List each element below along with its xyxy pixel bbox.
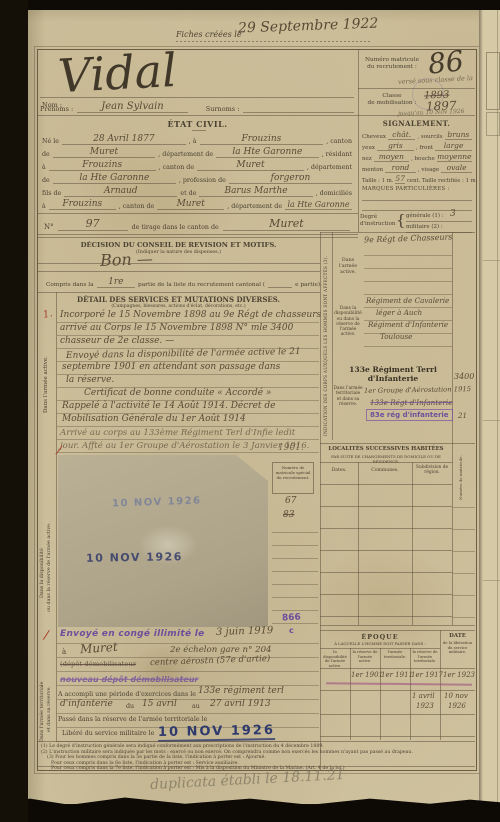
print-segment: de	[42, 177, 50, 184]
corps-dispo-ruled	[364, 295, 452, 349]
service-entry-line: arrivé au Corps le 15 Novembre 1898 N° m…	[60, 323, 293, 333]
service-entry-line: Arrivé au corps au 133ème Régiment Terl …	[60, 428, 295, 438]
etat-civil-line: fils de Arnaud et de Barus Marthe , domi…	[42, 184, 352, 197]
epoque-col3-header: l'armée territoriale.	[381, 650, 409, 659]
hand-segment: ovale	[441, 163, 472, 173]
epoque-revised-date-1b: 1923	[416, 702, 434, 710]
print-segment: de	[42, 151, 50, 158]
hand-segment: la Hte Garonne	[285, 200, 352, 210]
localites-row-line	[320, 616, 452, 617]
double-line-1	[37, 234, 358, 235]
localites-row-line	[320, 506, 452, 507]
stamp-83e-regiment: 83e rég d'infanterie	[366, 409, 453, 421]
conge-lieu: Muret	[80, 640, 119, 657]
etat-civil-line: à Frouzins , canton de Muret , départeme…	[42, 197, 352, 210]
tirage-no-value: 97	[58, 217, 128, 231]
libere-label: Libéré du service militaire le	[62, 730, 154, 737]
libere-date-stamp: 10 NOV 1926	[158, 723, 275, 742]
print-segment: , canton	[326, 138, 352, 145]
print-segment: , département de	[227, 203, 282, 210]
margin-label-disponibilite-1: Dans la disponibilité	[40, 548, 45, 598]
service-entry-line: la réserve.	[66, 375, 114, 385]
localites-row-line	[320, 528, 452, 529]
epoque-value-reserve: 1er 1901	[351, 671, 383, 679]
localites-header-top	[320, 462, 452, 463]
purple-letter: c	[289, 626, 294, 635]
epoque-col4-header: la réserve de l'armée territoriale.	[411, 650, 439, 664]
section-line	[37, 292, 320, 293]
print-segment: , canton de	[119, 203, 154, 210]
service-entry-line: Certificat de bonne conduite « Accordé »	[84, 388, 271, 398]
footnote-top-line	[37, 741, 475, 742]
etat-civil-line: à Frouzins , canton de Muret , départeme…	[42, 158, 352, 171]
conge-date: 3 juin 1919	[216, 625, 274, 638]
surnoms-label: Surnoms :	[206, 105, 240, 113]
etat-civil-line: de Muret , département de la Hte Garonne…	[42, 145, 352, 158]
created-underline	[176, 41, 372, 42]
reserve-territoriale-label: Passé dans la réserve de l'armée territo…	[58, 716, 207, 723]
adjacent-card-rule	[483, 420, 500, 421]
epoque-value-territoriale: 1er 1911	[381, 671, 413, 679]
etat-civil-line: Né le 28 Avril 1877 , à Frouzins , canto…	[42, 132, 352, 145]
print-segment: à	[42, 203, 46, 210]
purple-number: 866	[282, 613, 301, 624]
hand-segment: Muret	[157, 199, 224, 210]
periode-date-1: 15 avril	[142, 699, 177, 709]
corps-active-ruled	[364, 243, 452, 295]
service-entry-line: Mobilisation Générale du 1er Août 1914	[62, 414, 246, 424]
degre-label: Degréd'instruction	[360, 214, 395, 227]
hand-segment: Frouzins	[49, 160, 156, 171]
du-label: du	[126, 703, 134, 710]
periode-date-2: 27 avril 1913	[210, 699, 271, 709]
title-flourish	[192, 130, 206, 131]
print-segment: , profession de	[179, 177, 226, 184]
localites-top-line	[320, 443, 475, 444]
decision-line	[37, 263, 320, 264]
prenoms-label: Prénoms :	[40, 105, 73, 113]
taille-label: Taille : 1 m.	[362, 178, 393, 184]
corps-terr-label: Dans l'armée territoriale et dans sa rés…	[333, 386, 363, 407]
print-segment: à	[42, 164, 46, 171]
prenoms-row: Prénoms : Jean Sylvain Surnoms :	[40, 99, 354, 113]
date-stamp-faded-blue: 10 NOV 1926	[112, 495, 202, 509]
hand-segment: Muret	[197, 160, 304, 171]
rit-133-stamp: 133e Régiment Terrl d'Infanterie	[333, 365, 453, 383]
conge-a-label: à	[62, 648, 66, 656]
hand-segment: Frouzins	[49, 199, 116, 210]
au-label: au	[192, 703, 200, 710]
compris-blank	[268, 287, 292, 288]
hand-segment: Muret	[53, 147, 156, 158]
localites-title: LOCALITÉS SUCCESSIVES HABITÉES	[320, 446, 452, 452]
photo-edge-left	[0, 0, 28, 822]
decision-title: DÉCISION DU CONSEIL DE REVISION ET MOTIF…	[37, 241, 320, 249]
photo-edge-top	[0, 0, 500, 10]
print-segment: , domiciliés	[316, 190, 352, 197]
surnoms-blank	[243, 112, 354, 113]
epoque-value-reserve-terr: 1er 1917	[411, 671, 443, 679]
degre-generale-value: 3	[450, 209, 456, 219]
special-number-box: Numéro de matricule spécial du recruteme…	[272, 462, 314, 494]
services-subtitle: (Campagnes, blessures, actions d'éclat, …	[37, 304, 320, 309]
header-divider	[358, 49, 359, 232]
narrow-col-ruled	[453, 486, 475, 625]
narrow-col-value: 21	[458, 412, 467, 420]
services-title: DÉTAIL DES SERVICES ET MUTATIONS DIVERSE…	[37, 295, 320, 304]
special-number-struck: 83	[283, 510, 294, 520]
compris-row: Compris dans la 1re partie de la liste d…	[46, 275, 322, 288]
localites-bottom-line	[320, 625, 475, 626]
margin-label-territoriale-1: Dans l'armée territoriale	[40, 682, 45, 742]
pasted-grey-slip: 10 NOV 1926 10 NOV 1926	[58, 455, 268, 627]
created-label: Fiches créées le	[176, 30, 242, 39]
hand-segment: large	[435, 141, 472, 151]
epoque-title: ÉPOQUE	[320, 633, 440, 641]
hand-segment: 1re	[97, 277, 135, 288]
signalement-row: nez moyen , bouche moyenne	[362, 151, 472, 162]
epoque-col2-header: la réserve de l'armée active.	[351, 650, 379, 664]
localites-col-subdivision: Subdivision de région.	[412, 465, 452, 475]
epoque-row-line	[320, 714, 475, 715]
prenoms-value: Jean Sylvain	[77, 101, 188, 113]
decision-value: Bon —	[100, 249, 153, 270]
localites-row-line	[320, 550, 452, 551]
degre-brace: {	[396, 211, 406, 229]
footnotes-block: (1) Le degré d'instruction générale sera…	[41, 744, 471, 772]
hand-segment: gris	[377, 141, 414, 151]
degre-generale-label: générale (1) :	[406, 213, 444, 219]
blank-line	[362, 200, 472, 201]
corps-active-label: Dans l'armée active.	[333, 258, 363, 275]
print-segment: e partie).	[295, 282, 322, 288]
epoque-col1-header: la disponibilité de l'armée active.	[321, 650, 349, 668]
periode-label: A accompli une période d'exercices dans …	[58, 691, 196, 698]
corps-strip-vertical-label: INDICATION DES CORPS AUXQUELS LES HOMMES…	[323, 256, 328, 436]
localites-header-bottom	[320, 484, 452, 485]
degre-militaire-label: militaire (2) :	[406, 224, 443, 230]
epoque-divider	[350, 648, 351, 740]
print-segment: , résidant	[322, 151, 352, 158]
etat-civil-line: de la Hte Garonne , profession de forger…	[42, 171, 352, 184]
localites-col-dates: Dates.	[320, 468, 358, 473]
hand-segment: rond	[385, 163, 416, 173]
epoque-revised-date-2b: 1926	[448, 702, 466, 710]
margin-number-red: 1.	[42, 308, 54, 321]
taille-value: 57	[395, 174, 405, 184]
tirage-canton: Muret	[223, 217, 350, 231]
hand-segment: Frouzins	[200, 134, 324, 145]
decision-line	[37, 271, 320, 272]
service-tail-year: 1901.	[278, 443, 304, 453]
hand-segment: bruns	[445, 130, 472, 140]
epoque-divider	[380, 648, 381, 740]
etat-civil-title: ÉTAT CIVIL.	[37, 119, 358, 129]
epoque-revised-date-1a: 1 avril	[412, 692, 435, 700]
nom-value: Vidal	[57, 43, 178, 103]
periode-regiment-2: d'infanterie	[60, 699, 113, 709]
depot-demobilisateur-label: (dépôt démobilisateur	[60, 660, 136, 668]
signalement-row: yeux gris , front large	[362, 140, 472, 151]
service-entry-line: jour. Affté au 1er Groupe d'Aérostation …	[60, 441, 309, 451]
revealed-ruled-strip	[272, 520, 318, 624]
localites-row-line	[320, 572, 452, 573]
taille-row: Taille : 1 m. 57 cent. Taille rectifiée …	[362, 173, 472, 184]
print-segment: Compris dans la	[46, 282, 94, 288]
special-number-label: Numéro de matricule spécial du recruteme…	[273, 463, 313, 480]
special-number-value: 67	[285, 496, 296, 506]
epoque-subtitle: À LAQUELLE L'HOMME DOIT PASSER DANS :	[320, 641, 440, 646]
print-segment: , département	[307, 164, 352, 171]
hand-segment: la Hte Garonne	[216, 147, 319, 158]
epoque-date-subtitle: de la libération du service militaire.	[441, 641, 474, 655]
service-entry-line: septembre 1901 en attendant son passage …	[62, 362, 280, 372]
print-segment: , canton de	[159, 164, 194, 171]
nom-underline	[40, 97, 354, 98]
hand-segment: la Hte Garonne	[53, 173, 176, 184]
hand-segment: forgeron	[229, 173, 352, 184]
margin-label-territoriale-2: et dans sa réserve.	[47, 686, 52, 732]
print-segment: et de	[180, 190, 196, 197]
corps-dispo-label: Dans la disponibilité ou dans la réserve…	[333, 306, 363, 338]
service-entry-line: chasseur de 2e classe. —	[60, 336, 174, 346]
adjacent-card-rule	[483, 260, 500, 261]
signalement-row: menton rond , visage ovale	[362, 162, 472, 173]
epoque-value-liberation: 1er 1923	[443, 671, 475, 679]
margin-label-armee-active: Dans l'armée active.	[43, 356, 49, 413]
hand-segment: Arnaud	[64, 186, 177, 197]
nouveau-depot-stamp: nouveau dépôt démobilisateur	[60, 675, 198, 684]
tirage-row: N° 97 de tirage dans le canton de Muret	[44, 216, 350, 231]
conge-stamp-label: Envoyé en congé illimité le	[60, 629, 205, 639]
corps-terr-entry: 133e Régt d'Infanterie	[370, 398, 452, 407]
hand-segment: moyen	[374, 152, 409, 162]
signalement-title: SIGNALEMENT.	[358, 119, 475, 128]
print-segment: fils de	[42, 190, 61, 197]
epoque-row-line	[320, 668, 475, 669]
card-inner-bottom-line	[37, 766, 475, 767]
tirage-label: de tirage dans le canton de	[132, 224, 219, 231]
localites-divider	[358, 462, 359, 625]
adjacent-card-line	[497, 8, 498, 804]
date-stamp-navy: 10 NOV 1926	[86, 550, 183, 565]
localites-divider	[412, 462, 413, 625]
print-segment: Né le	[42, 138, 59, 145]
epoque-divider	[410, 648, 411, 740]
rit-number: 3400	[454, 372, 474, 381]
classe-label: Classede mobilisation :	[361, 93, 423, 107]
double-line-2	[37, 237, 358, 238]
epoque-row-line	[320, 736, 475, 737]
service-entry-line: Incorporé le 15 Novembre 1898 au 9e Régt…	[60, 310, 321, 320]
periode-regiment-1: 133e régiment terl	[198, 686, 284, 696]
decision-subtitle: (Indiquer la nature des dispenses.)	[37, 250, 320, 255]
epoque-revised-date-2a: 10 nov	[444, 692, 468, 700]
adjacent-card-rule	[483, 580, 500, 581]
hand-segment: moyenne	[437, 152, 472, 162]
print-segment: partie de la liste du recrutement canton…	[138, 282, 265, 288]
margin-label-disponibilite-2: ou dans la réserve de l'armée active.	[47, 523, 52, 613]
localites-row-line	[320, 594, 452, 595]
section-line	[37, 213, 358, 214]
scanned-military-record: Fiches créées le 29 Septembre 1922 Nom :…	[0, 0, 500, 822]
epoque-date-title: DATE	[440, 633, 475, 639]
marques-label: MARQUES PARTICULIÈRES :	[362, 186, 450, 192]
print-segment: , département de	[158, 151, 213, 158]
tirage-no-label: N°	[44, 223, 54, 231]
print-segment: , à	[189, 138, 197, 145]
epoque-top-line	[320, 630, 475, 631]
matricule-label: Numéro matriculedu recrutement :	[361, 57, 423, 71]
hand-segment: 28 Avril 1877	[62, 134, 186, 145]
degre-line	[406, 221, 472, 222]
signalement-row: Cheveux chât. , sourcils bruns	[362, 129, 472, 140]
taille-rect-label: cent. Taille rectifiée : 1 m.	[407, 178, 477, 184]
epoque-row-line	[320, 690, 475, 691]
hand-segment: chât.	[388, 130, 415, 140]
hand-segment: Barus Marthe	[199, 186, 312, 197]
service-entry-line: Rappelé à l'activité le 14 Août 1914. Dé…	[62, 401, 275, 411]
localites-col-communes: Communes.	[358, 468, 412, 473]
